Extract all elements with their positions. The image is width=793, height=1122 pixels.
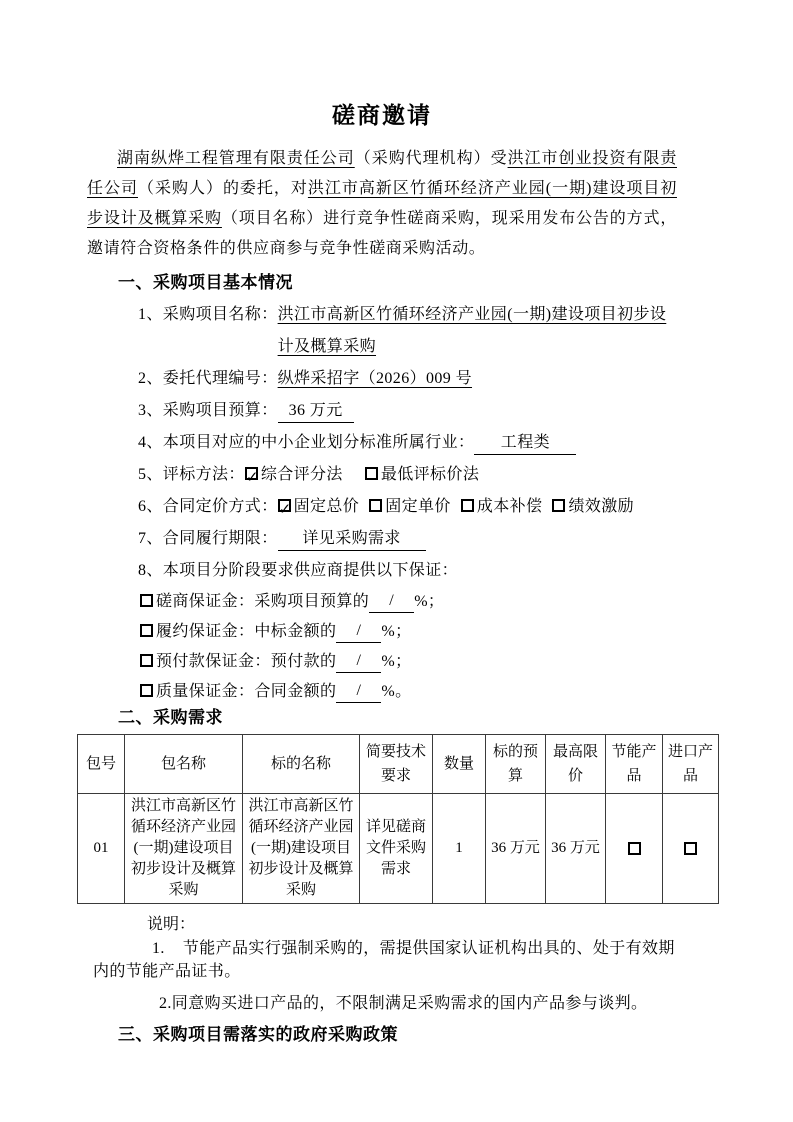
guarantee-negotiation-deposit: 磋商保证金：采购项目预算的/%； [87, 587, 677, 617]
checkbox-unchecked-icon[interactable] [369, 499, 382, 512]
note-import-product: 2.同意购买进口产品的，不限制满足采购需求的国内产品参与谈判。 [93, 992, 677, 1015]
item-guarantees-intro: 8、本项目分阶段要求供应商提供以下保证： [87, 555, 677, 587]
item-6-option-2-label: 固定单价 [385, 498, 451, 515]
item-1-value: 洪江市高新区竹循环经济产业园(一期)建设项目初步设计及概算采购 [278, 299, 677, 363]
intro-text-1: （采购代理机构）受 [355, 150, 508, 167]
item-6-option-4-label: 绩效激励 [568, 498, 634, 515]
checkbox-unchecked-icon[interactable] [628, 842, 641, 855]
item-industry-category: 4、本项目对应的中小企业划分标准所属行业：工程类 [87, 427, 677, 459]
checkbox-checked-icon[interactable] [278, 499, 291, 512]
guarantee-3-blank: / [336, 650, 381, 673]
notes-title: 说明： [147, 913, 677, 937]
item-project-budget: 3、采购项目预算：36 万元 [87, 395, 677, 427]
procurement-requirements-table: 包号 包名称 标的名称 简要技术要求 数量 标的预算 最高限价 节能产品 进口产… [77, 734, 719, 904]
item-7-value: 详见采购需求 [278, 528, 426, 551]
guarantee-2-label: 履约保证金：中标金额的 [156, 623, 336, 640]
item-1-label: 1、采购项目名称： [138, 299, 278, 331]
table-header-row: 包号 包名称 标的名称 简要技术要求 数量 标的预算 最高限价 节能产品 进口产… [78, 735, 719, 794]
checkbox-unchecked-icon[interactable] [552, 499, 565, 512]
checkbox-unchecked-icon[interactable] [140, 594, 153, 607]
guarantee-2-blank: / [336, 620, 381, 643]
cell-energy-saving-product [606, 794, 663, 904]
cell-subject-name: 洪江市高新区竹循环经济产业园(一期)建设项目初步设计及概算采购 [243, 794, 360, 904]
guarantee-4-label: 质量保证金：合同金额的 [156, 683, 336, 700]
item-3-value: 36 万元 [278, 400, 354, 423]
item-4-label: 4、本项目对应的中小企业划分标准所属行业： [138, 434, 474, 451]
guarantee-3-label: 预付款保证金：预付款的 [156, 653, 336, 670]
intro-text-2: （采购人）的委托，对 [138, 180, 308, 197]
col-header-subject-name: 标的名称 [243, 735, 360, 794]
guarantee-4-suffix: %。 [381, 683, 411, 700]
item-project-name: 1、采购项目名称： 洪江市高新区竹循环经济产业园(一期)建设项目初步设计及概算采… [87, 299, 677, 363]
checkbox-checked-icon[interactable] [245, 467, 258, 480]
item-5-option-1-label: 综合评分法 [261, 466, 343, 483]
guarantee-performance-bond: 履约保证金：中标金额的/%； [87, 617, 677, 647]
intro-paragraph: 湖南纵烨工程管理有限责任公司（采购代理机构）受洪江市创业投资有限责任公司（采购人… [87, 144, 677, 264]
checkbox-unchecked-icon[interactable] [461, 499, 474, 512]
item-2-label: 2、委托代理编号： [138, 370, 278, 387]
checkbox-unchecked-icon[interactable] [140, 654, 153, 667]
section-3-heading: 三、采购项目需落实的政府采购政策 [118, 1023, 677, 1047]
checkbox-unchecked-icon[interactable] [365, 467, 378, 480]
cell-package-name: 洪江市高新区竹循环经济产业园(一期)建设项目初步设计及概算采购 [125, 794, 243, 904]
guarantee-2-suffix: %； [381, 623, 411, 640]
checkbox-unchecked-icon[interactable] [140, 684, 153, 697]
note-1-text: 节能产品实行强制采购的，需提供国家认证机构出具的、处于有效期内的节能产品证书。 [93, 940, 675, 980]
item-8-label: 8、本项目分阶段要求供应商提供以下保证： [138, 562, 458, 579]
checkbox-unchecked-icon[interactable] [140, 624, 153, 637]
guarantee-3-suffix: %； [381, 653, 411, 670]
item-2-value: 纵烨采招字（2026）009 号 [278, 370, 472, 387]
guarantee-1-suffix: %； [414, 593, 444, 610]
section-1-heading: 一、采购项目基本情况 [118, 271, 677, 295]
checkbox-unchecked-icon[interactable] [684, 842, 697, 855]
item-7-label: 7、合同履行期限： [138, 530, 278, 547]
item-3-label: 3、采购项目预算： [138, 402, 278, 419]
page-title: 磋商邀请 [87, 101, 677, 130]
guarantee-4-blank: / [336, 680, 381, 703]
cell-import-product [663, 794, 719, 904]
item-evaluation-method: 5、评标方法：综合评分法最低评标价法 [87, 459, 677, 491]
cell-budget: 36 万元 [486, 794, 546, 904]
item-6-option-3-label: 成本补偿 [477, 498, 543, 515]
cell-quantity: 1 [433, 794, 486, 904]
col-header-package-name: 包名称 [125, 735, 243, 794]
guarantee-1-blank: / [369, 590, 414, 613]
section-2-heading: 二、采购需求 [118, 707, 677, 729]
col-header-quantity: 数量 [433, 735, 486, 794]
cell-tech-requirement: 详见磋商文件采购需求 [360, 794, 433, 904]
item-agency-ref-no: 2、委托代理编号：纵烨采招字（2026）009 号 [87, 363, 677, 395]
item-contract-pricing: 6、合同定价方式：固定总价固定单价成本补偿绩效激励 [87, 491, 677, 523]
guarantee-quality-deposit: 质量保证金：合同金额的/%。 [87, 677, 677, 707]
item-5-option-2-label: 最低评标价法 [381, 466, 479, 483]
item-6-option-1-label: 固定总价 [294, 498, 360, 515]
cell-max-price: 36 万元 [546, 794, 606, 904]
cell-package-no: 01 [78, 794, 125, 904]
col-header-energy-saving: 节能产品 [606, 735, 663, 794]
guarantee-1-label: 磋商保证金：采购项目预算的 [156, 593, 369, 610]
item-6-label: 6、合同定价方式： [138, 498, 278, 515]
item-contract-term: 7、合同履行期限：详见采购需求 [87, 523, 677, 555]
guarantee-advance-payment: 预付款保证金：预付款的/%； [87, 647, 677, 677]
col-header-max-price: 最高限价 [546, 735, 606, 794]
col-header-budget: 标的预算 [486, 735, 546, 794]
item-5-label: 5、评标方法： [138, 466, 245, 483]
col-header-import-product: 进口产品 [663, 735, 719, 794]
agency-name: 湖南纵烨工程管理有限责任公司 [117, 150, 355, 167]
document-page: 磋商邀请 湖南纵烨工程管理有限责任公司（采购代理机构）受洪江市创业投资有限责任公… [0, 0, 793, 1122]
item-4-value: 工程类 [474, 432, 576, 455]
note-1-number: 1. [152, 940, 165, 957]
table-row: 01 洪江市高新区竹循环经济产业园(一期)建设项目初步设计及概算采购 洪江市高新… [78, 794, 719, 904]
col-header-package-no: 包号 [78, 735, 125, 794]
note-energy-saving: 1.节能产品实行强制采购的，需提供国家认证机构出具的、处于有效期内的节能产品证书… [93, 937, 677, 983]
col-header-tech-requirement: 简要技术要求 [360, 735, 433, 794]
